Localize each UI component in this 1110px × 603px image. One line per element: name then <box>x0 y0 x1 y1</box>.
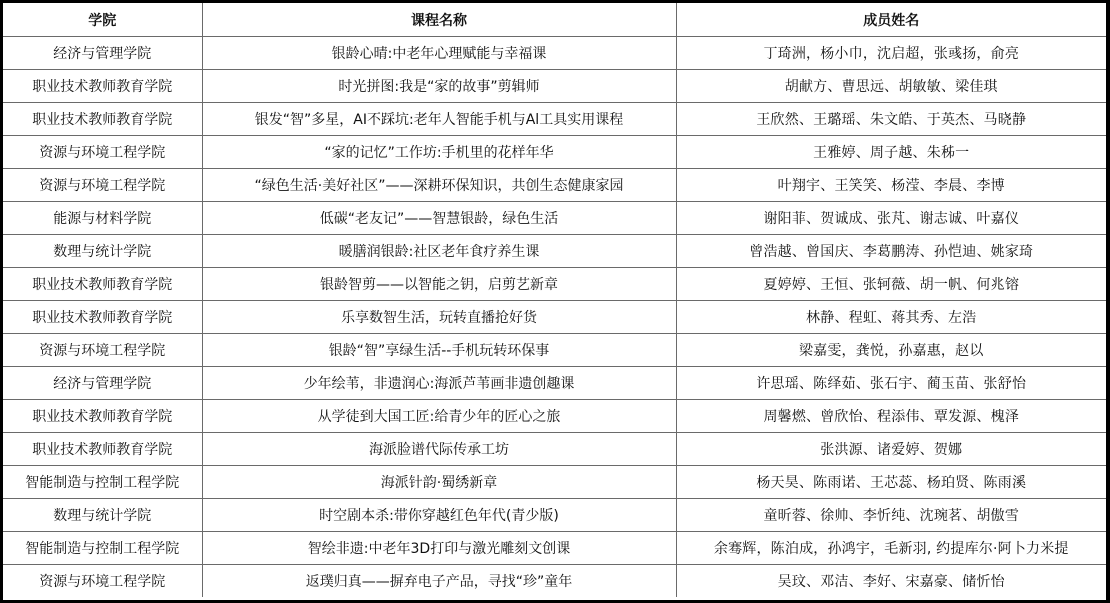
course-team-table: 学院 课程名称 成员姓名 经济与管理学院 银龄心晴:中老年心理赋能与幸福课 丁琦… <box>3 3 1106 597</box>
cell-members: 王雅婷、周子越、朱秭一 <box>676 136 1106 169</box>
table-row: 职业技术教师教育学院 从学徒到大国工匠:给青少年的匠心之旅 周馨燃、曾欣怡、程添… <box>3 400 1106 433</box>
cell-college: 经济与管理学院 <box>3 367 202 400</box>
cell-college: 能源与材料学院 <box>3 202 202 235</box>
table-row: 职业技术教师教育学院 银龄智剪——以智能之钥，启剪艺新章 夏婷婷、王恒、张轲薇、… <box>3 268 1106 301</box>
cell-college: 职业技术教师教育学院 <box>3 433 202 466</box>
cell-course: 智绘非遗:中老年3D打印与激光雕刻文创课 <box>202 532 676 565</box>
table-row: 数理与统计学院 暖膳润银龄:社区老年食疗养生课 曾浩越、曾国庆、李葛鹏涛、孙恺迪… <box>3 235 1106 268</box>
cell-course: 暖膳润银龄:社区老年食疗养生课 <box>202 235 676 268</box>
cell-college: 数理与统计学院 <box>3 235 202 268</box>
header-row: 学院 课程名称 成员姓名 <box>3 3 1106 37</box>
cell-course: 海派脸谱代际传承工坊 <box>202 433 676 466</box>
cell-college: 职业技术教师教育学院 <box>3 103 202 136</box>
cell-members: 胡献方、曹思远、胡敏敏、梁佳琪 <box>676 70 1106 103</box>
cell-course: 乐享数智生活，玩转直播抢好货 <box>202 301 676 334</box>
cell-members: 谢阳菲、贺诚成、张芃、谢志诚、叶嘉仪 <box>676 202 1106 235</box>
table-row: 经济与管理学院 少年绘苇，非遗润心:海派芦苇画非遗创趣课 许思瑶、陈绎茹、张石宇… <box>3 367 1106 400</box>
cell-course: 海派针韵·蜀绣新章 <box>202 466 676 499</box>
cell-college: 资源与环境工程学院 <box>3 334 202 367</box>
table-row: 资源与环境工程学院 “绿色生活·美好社区”——深耕环保知识，共创生态健康家园 叶… <box>3 169 1106 202</box>
cell-college: 职业技术教师教育学院 <box>3 70 202 103</box>
cell-course: 银龄心晴:中老年心理赋能与幸福课 <box>202 37 676 70</box>
cell-college: 职业技术教师教育学院 <box>3 400 202 433</box>
cell-members: 吴玟、邓洁、李好、宋嘉豪、储忻怡 <box>676 565 1106 598</box>
cell-members: 杨天昊、陈雨诺、王芯蕊、杨珀贤、陈雨溪 <box>676 466 1106 499</box>
table-row: 资源与环境工程学院 银龄“智”享绿生活--手机玩转环保事 梁嘉雯，龚悦，孙嘉惠，… <box>3 334 1106 367</box>
table-row: 智能制造与控制工程学院 海派针韵·蜀绣新章 杨天昊、陈雨诺、王芯蕊、杨珀贤、陈雨… <box>3 466 1106 499</box>
cell-members: 梁嘉雯，龚悦，孙嘉惠，赵以 <box>676 334 1106 367</box>
cell-members: 童昕蓉、徐帅、李忻纯、沈琬茗、胡傲雪 <box>676 499 1106 532</box>
cell-course: 时空剧本杀:带你穿越红色年代(青少版) <box>202 499 676 532</box>
table-row: 数理与统计学院 时空剧本杀:带你穿越红色年代(青少版) 童昕蓉、徐帅、李忻纯、沈… <box>3 499 1106 532</box>
cell-members: 曾浩越、曾国庆、李葛鹏涛、孙恺迪、姚家琦 <box>676 235 1106 268</box>
cell-course: “绿色生活·美好社区”——深耕环保知识，共创生态健康家园 <box>202 169 676 202</box>
cell-college: 经济与管理学院 <box>3 37 202 70</box>
cell-college: 智能制造与控制工程学院 <box>3 466 202 499</box>
table-row: 智能制造与控制工程学院 智绘非遗:中老年3D打印与激光雕刻文创课 余骞辉，陈泊成… <box>3 532 1106 565</box>
cell-college: 资源与环境工程学院 <box>3 136 202 169</box>
cell-college: 资源与环境工程学院 <box>3 169 202 202</box>
cell-college: 职业技术教师教育学院 <box>3 301 202 334</box>
table-row: 职业技术教师教育学院 海派脸谱代际传承工坊 张洪源、诸爱婷、贺娜 <box>3 433 1106 466</box>
table-row: 职业技术教师教育学院 银发“智”多星，AI不踩坑:老年人智能手机与Al工具实用课… <box>3 103 1106 136</box>
cell-college: 资源与环境工程学院 <box>3 565 202 598</box>
cell-course: 时光拼图:我是“家的故事”剪辑师 <box>202 70 676 103</box>
cell-course: 银龄智剪——以智能之钥，启剪艺新章 <box>202 268 676 301</box>
cell-course: 少年绘苇，非遗润心:海派芦苇画非遗创趣课 <box>202 367 676 400</box>
cell-college: 职业技术教师教育学院 <box>3 268 202 301</box>
cell-course: 银龄“智”享绿生活--手机玩转环保事 <box>202 334 676 367</box>
cell-course: 银发“智”多星，AI不踩坑:老年人智能手机与Al工具实用课程 <box>202 103 676 136</box>
cell-members: 周馨燃、曾欣怡、程添伟、覃发源、槐泽 <box>676 400 1106 433</box>
table-row: 职业技术教师教育学院 时光拼图:我是“家的故事”剪辑师 胡献方、曹思远、胡敏敏、… <box>3 70 1106 103</box>
cell-members: 林静、程虹、蒋其秀、左浩 <box>676 301 1106 334</box>
cell-members: 余骞辉，陈泊成，孙鸿宇，毛新羽, 约提库尔·阿卜力米提 <box>676 532 1106 565</box>
header-members: 成员姓名 <box>676 3 1106 37</box>
table-row: 资源与环境工程学院 “家的记忆”工作坊:手机里的花样年华 王雅婷、周子越、朱秭一 <box>3 136 1106 169</box>
table-row: 职业技术教师教育学院 乐享数智生活，玩转直播抢好货 林静、程虹、蒋其秀、左浩 <box>3 301 1106 334</box>
header-college: 学院 <box>3 3 202 37</box>
table-row: 经济与管理学院 银龄心晴:中老年心理赋能与幸福课 丁琦洲，杨小巾，沈启超，张彧扬… <box>3 37 1106 70</box>
header-course-name: 课程名称 <box>202 3 676 37</box>
cell-members: 王欣然、王璐瑶、朱文皓、于英杰、马晓静 <box>676 103 1106 136</box>
table-frame: 学院 课程名称 成员姓名 经济与管理学院 银龄心晴:中老年心理赋能与幸福课 丁琦… <box>0 0 1110 603</box>
table-row: 能源与材料学院 低碳“老友记”——智慧银龄，绿色生活 谢阳菲、贺诚成、张芃、谢志… <box>3 202 1106 235</box>
cell-course: 低碳“老友记”——智慧银龄，绿色生活 <box>202 202 676 235</box>
cell-course: 从学徒到大国工匠:给青少年的匠心之旅 <box>202 400 676 433</box>
cell-members: 丁琦洲，杨小巾，沈启超，张彧扬，俞亮 <box>676 37 1106 70</box>
cell-college: 数理与统计学院 <box>3 499 202 532</box>
table-row: 资源与环境工程学院 返璞归真——摒弃电子产品，寻找“珍”童年 吴玟、邓洁、李好、… <box>3 565 1106 598</box>
cell-course: “家的记忆”工作坊:手机里的花样年华 <box>202 136 676 169</box>
cell-course: 返璞归真——摒弃电子产品，寻找“珍”童年 <box>202 565 676 598</box>
cell-members: 许思瑶、陈绎茹、张石宇、蔺玉苗、张舒怡 <box>676 367 1106 400</box>
cell-members: 夏婷婷、王恒、张轲薇、胡一帆、何兆镕 <box>676 268 1106 301</box>
cell-college: 智能制造与控制工程学院 <box>3 532 202 565</box>
cell-members: 张洪源、诸爱婷、贺娜 <box>676 433 1106 466</box>
cell-members: 叶翔宇、王笑笑、杨滢、李晨、李博 <box>676 169 1106 202</box>
